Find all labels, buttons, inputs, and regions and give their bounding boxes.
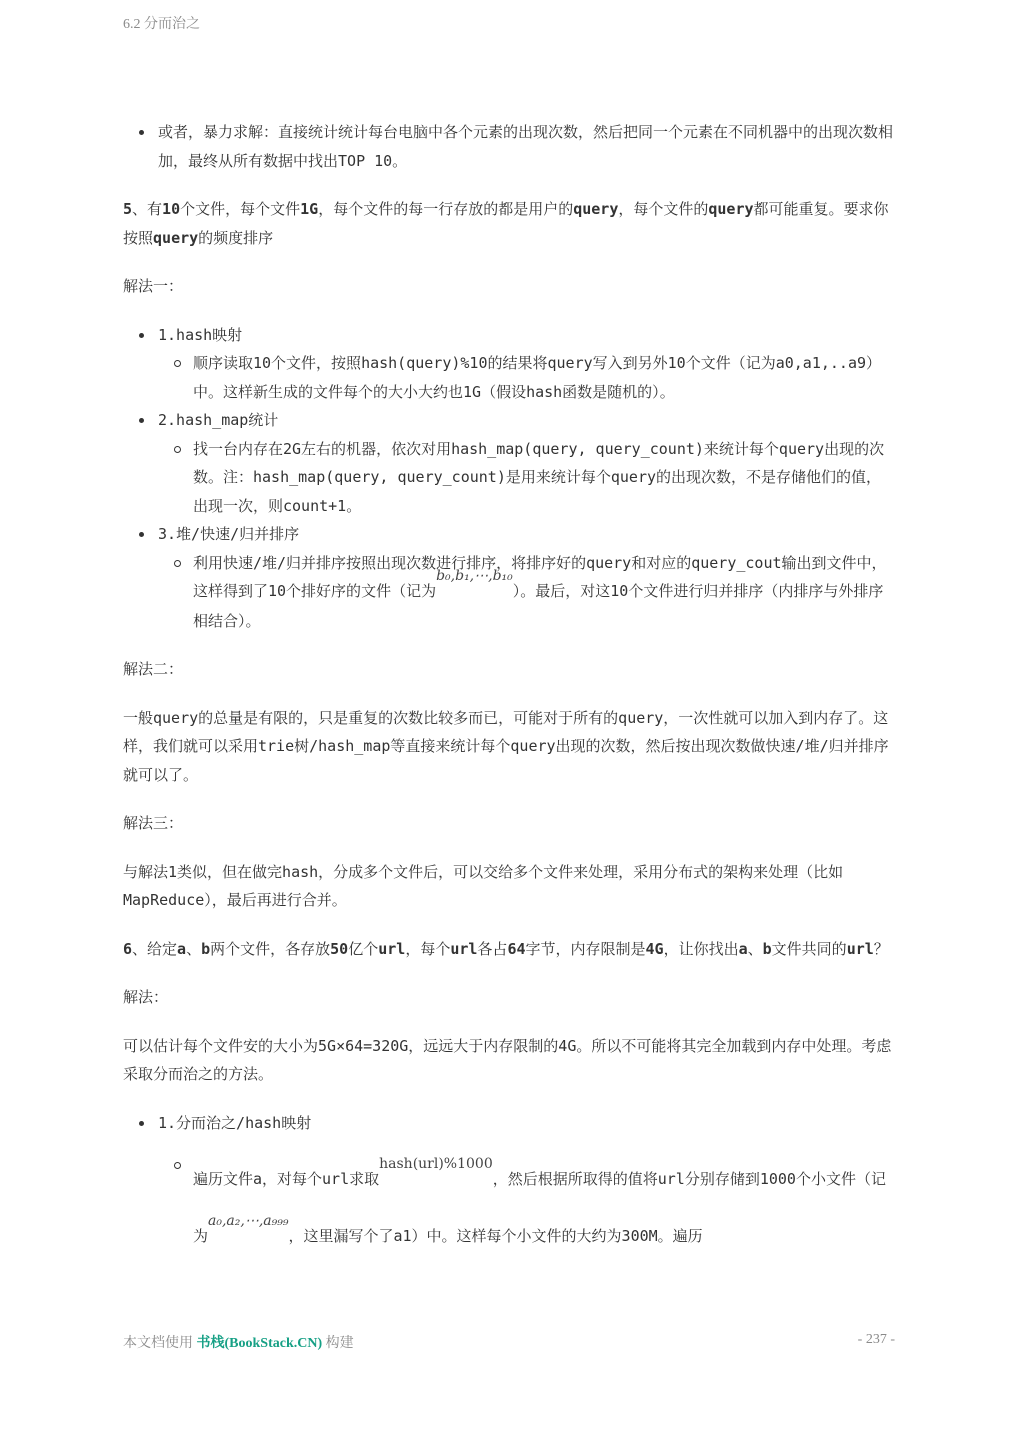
document-body: 或者，暴力求解：直接统计统计每台电脑中各个元素的出现次数，然后把同一个元素在不同… [123, 118, 895, 1265]
solution-heading: 解法： [123, 983, 895, 1012]
running-header: 6.2 分而治之 [123, 13, 200, 33]
math-formula: b₀,b₁,⋯,b₁₀ [436, 562, 513, 591]
list-item: 或者，暴力求解：直接统计统计每台电脑中各个元素的出现次数，然后把同一个元素在不同… [123, 118, 895, 175]
brute-force-list: 或者，暴力求解：直接统计统计每台电脑中各个元素的出现次数，然后把同一个元素在不同… [123, 118, 895, 175]
sub-list-item: 遍历文件a，对每个url求取hash(url)%1000，然后根据所取得的值将u… [158, 1151, 895, 1265]
footer-suffix: 构建 [326, 1336, 354, 1351]
solution-1-steps: 1.hash映射 顺序读取10个文件，按照hash(query)%10的结果将q… [123, 321, 895, 636]
page-number: - 237 - [858, 1332, 895, 1348]
list-item: 1.分而治之/hash映射 遍历文件a，对每个url求取hash(url)%10… [123, 1109, 895, 1266]
math-formula: a₀,a₂,⋯,a₉₉₉ [208, 1193, 288, 1249]
step-label: 3.堆/快速/归并排序 [158, 525, 299, 543]
bookstack-link[interactable]: 书栈(BookStack.CN) [197, 1336, 323, 1351]
solution-3-heading: 解法三： [123, 809, 895, 838]
list-item: 2.hash_map统计 找一台内存在2G左右的机器，依次对用hash_map(… [123, 406, 895, 520]
solution-text: 可以估计每个文件安的大小为5G×64=320G，远远大于内存限制的4G。所以不可… [123, 1032, 895, 1089]
solution-3-text: 与解法1类似，但在做完hash，分成多个文件后，可以交给多个文件来处理，采用分布… [123, 858, 895, 915]
step-label: 1.hash映射 [158, 326, 242, 344]
step-label: 2.hash_map统计 [158, 411, 278, 429]
question-5: 5、有10个文件，每个文件1G，每个文件的每一行存放的都是用户的query，每个… [123, 195, 895, 252]
page-footer: 本文档使用 书栈(BookStack.CN) 构建 - 237 - [123, 1332, 895, 1352]
bullet-text: 或者，暴力求解：直接统计统计每台电脑中各个元素的出现次数，然后把同一个元素在不同… [158, 123, 893, 170]
sub-list-item: 顺序读取10个文件，按照hash(query)%10的结果将query写入到另外… [158, 349, 895, 406]
math-formula: hash(url)%1000 [379, 1136, 493, 1192]
solution-2-text: 一般query的总量是有限的，只是重复的次数比较多而已，可能对于所有的query… [123, 704, 895, 790]
footer-prefix: 本文档使用 [123, 1336, 193, 1351]
sub-list-item: 利用快速/堆/归并排序按照出现次数进行排序，将排序好的query和对应的quer… [158, 549, 895, 636]
q6-steps: 1.分而治之/hash映射 遍历文件a，对每个url求取hash(url)%10… [123, 1109, 895, 1266]
step-label: 1.分而治之/hash映射 [158, 1114, 311, 1132]
solution-1-heading: 解法一： [123, 272, 895, 301]
sub-list-item: 找一台内存在2G左右的机器，依次对用hash_map(query, query_… [158, 435, 895, 521]
question-6: 6、给定a、b两个文件，各存放50亿个url，每个url各占64字节，内存限制是… [123, 935, 895, 964]
solution-2-heading: 解法二： [123, 655, 895, 684]
list-item: 1.hash映射 顺序读取10个文件，按照hash(query)%10的结果将q… [123, 321, 895, 407]
list-item: 3.堆/快速/归并排序 利用快速/堆/归并排序按照出现次数进行排序，将排序好的q… [123, 520, 895, 635]
